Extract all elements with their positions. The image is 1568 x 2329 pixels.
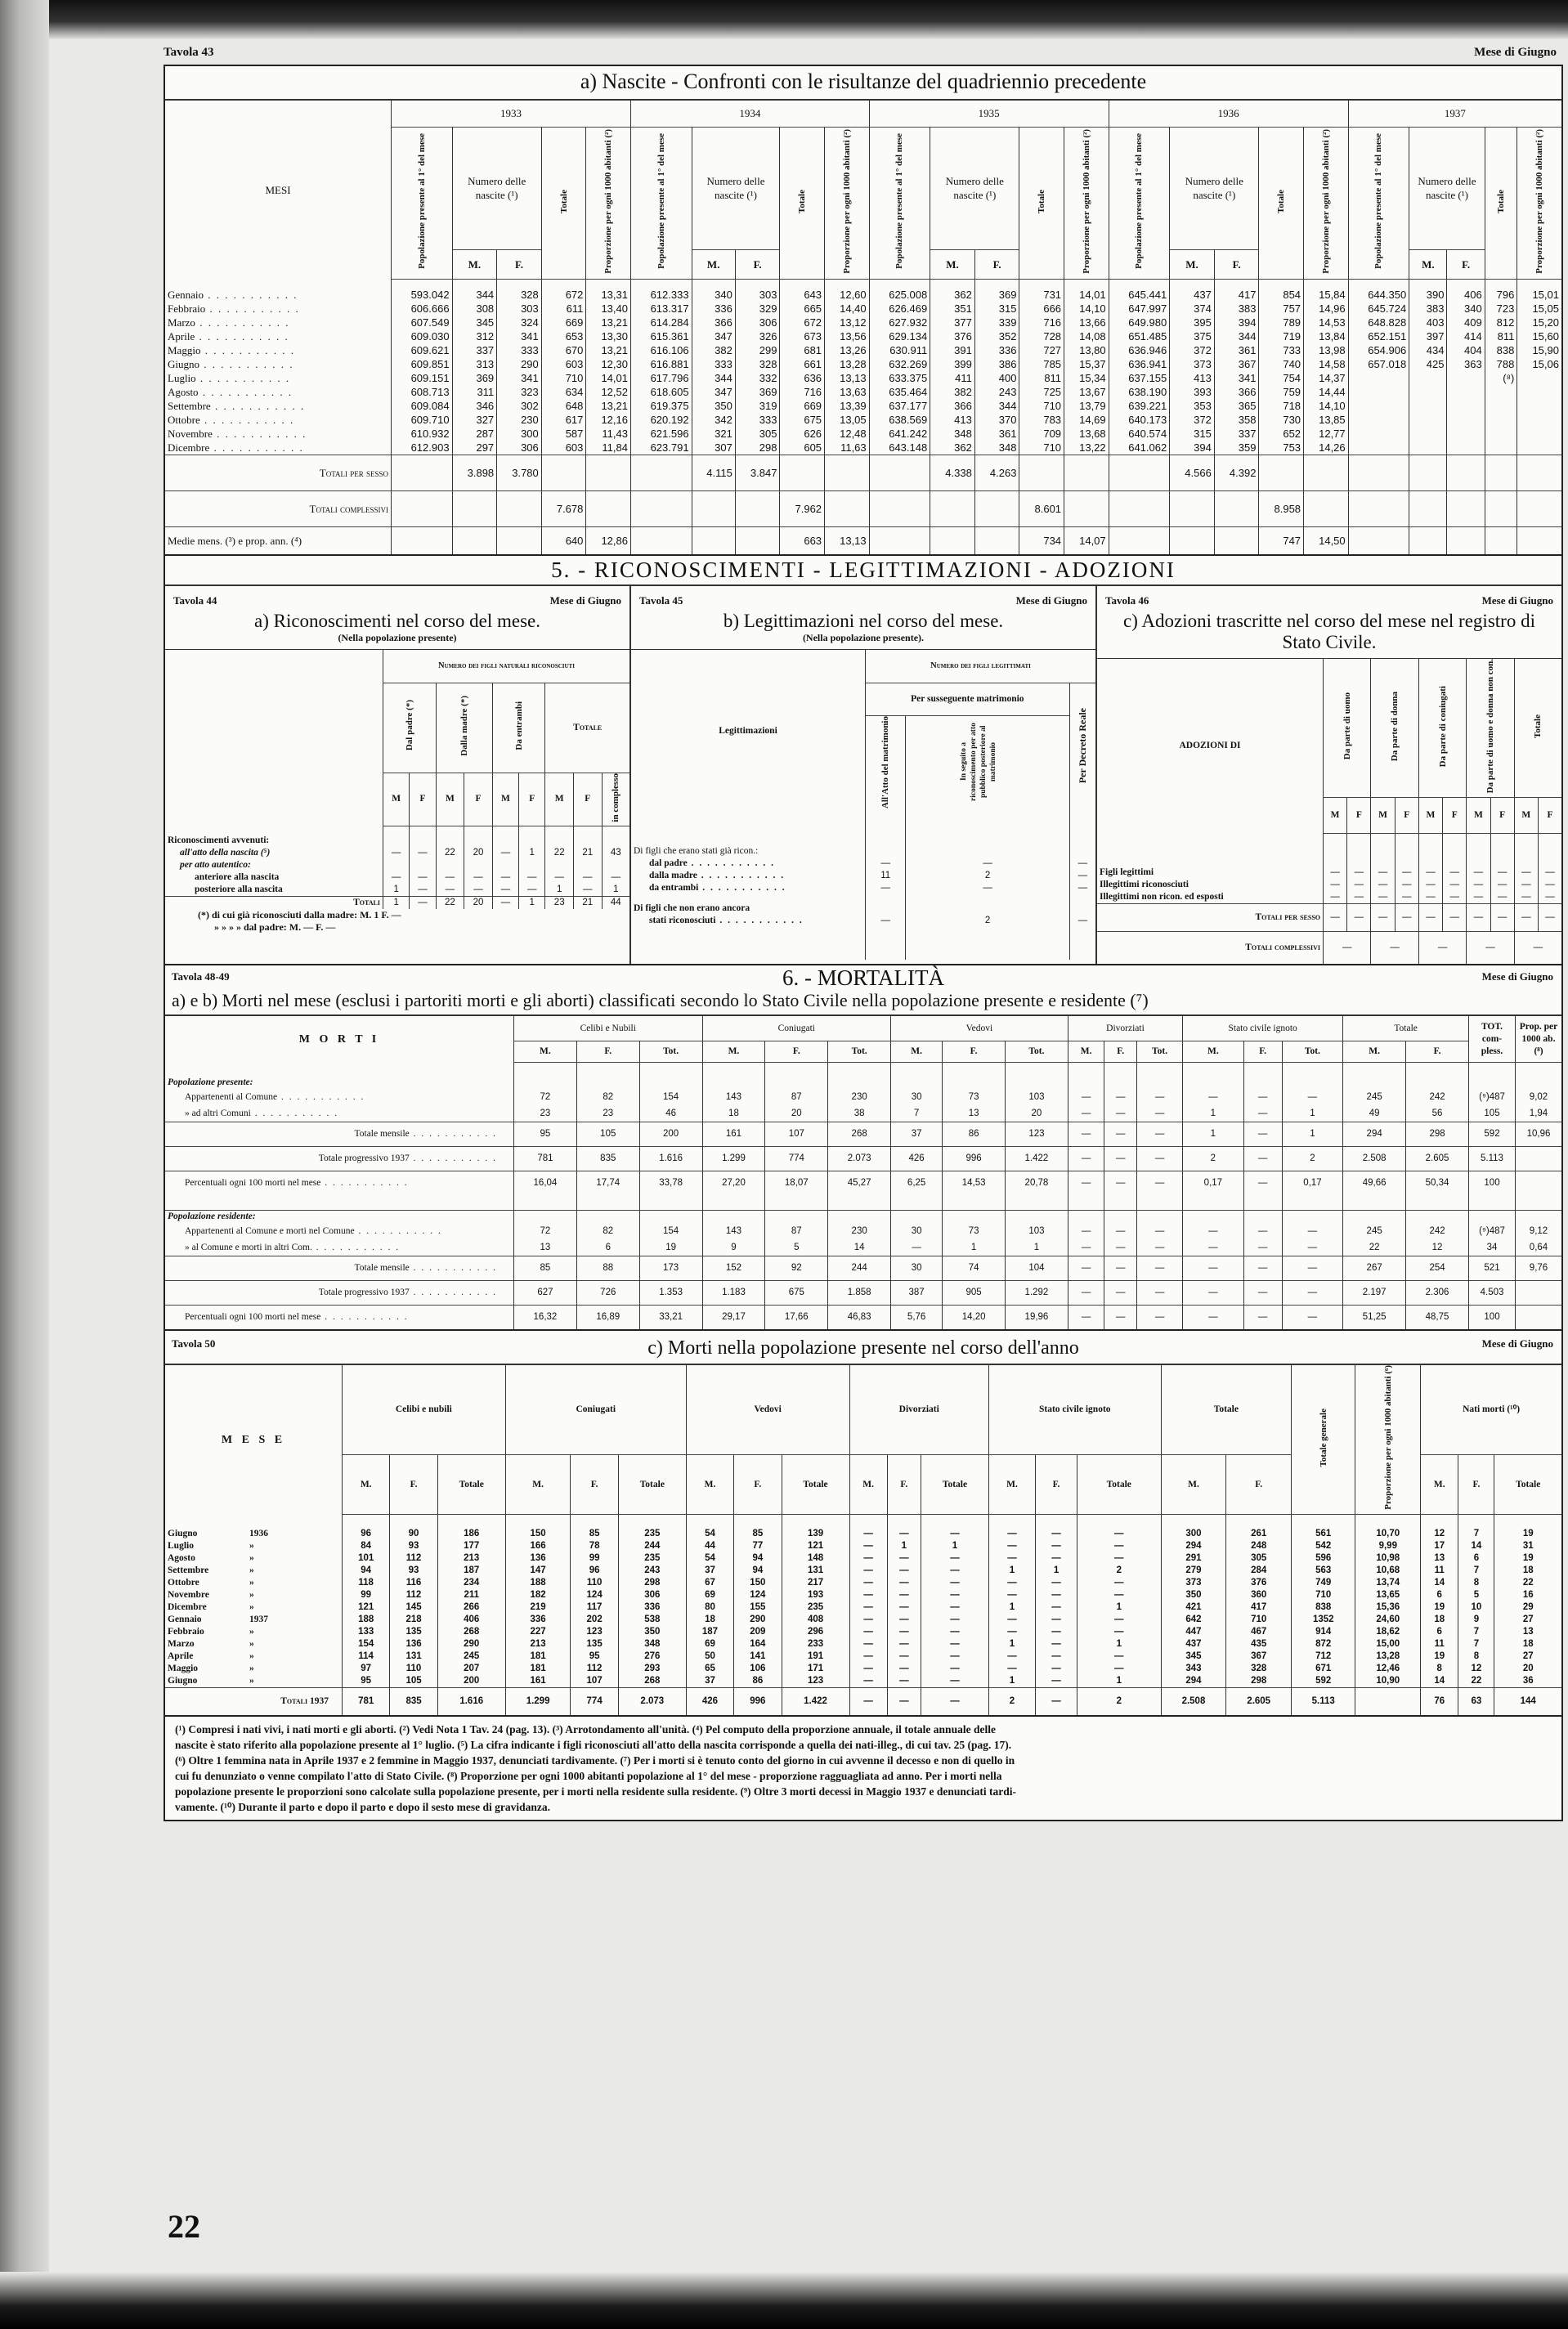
table-cell: 411: [930, 371, 975, 385]
table-cell: 14,53: [943, 1171, 1006, 1195]
col-adozioni-text: Da parte di uomo e donna non con.: [1485, 659, 1495, 793]
table-cell: —: [1077, 1614, 1161, 1626]
table-cell: 13,74: [1355, 1577, 1421, 1589]
table-cell: 1: [1077, 1638, 1161, 1650]
table-cell: 300: [497, 427, 542, 441]
table-cell: —: [988, 1552, 1035, 1565]
col-popolazione: Popolazione presente al 1° del mese: [1109, 127, 1170, 279]
table-cell: 328: [497, 288, 542, 302]
table-cell: 14,96: [1304, 302, 1349, 316]
table-cell: 84: [343, 1540, 390, 1552]
col-sub: F.: [1104, 1041, 1137, 1062]
col-m: M: [1467, 798, 1490, 834]
table-cell: 245: [437, 1650, 505, 1663]
table-cell: 2.306: [1406, 1280, 1469, 1305]
table-cell: 8: [1421, 1663, 1458, 1675]
table-cell: 2: [1077, 1565, 1161, 1577]
table-cell: 230: [497, 413, 542, 427]
col-sub: Totale: [437, 1455, 505, 1515]
table-cell: 13,56: [825, 329, 870, 343]
table-cell: 733: [1259, 343, 1304, 357]
table-cell: 37: [891, 1122, 943, 1146]
table-cell: 54: [686, 1552, 733, 1565]
table-row: Agosto608.71331132363412,52618.605347369…: [165, 385, 1561, 399]
table-cell: 669: [780, 399, 825, 413]
col-adozioni: Da parte di donna: [1371, 659, 1418, 798]
table-cell: [1068, 1077, 1104, 1089]
table-cell: —: [1183, 1305, 1244, 1329]
table-cell: 181: [505, 1663, 571, 1675]
table-cell: 218: [390, 1614, 437, 1626]
table-cell: 350: [1161, 1589, 1226, 1601]
table-cell: 2.508: [1161, 1687, 1226, 1715]
table-cell: 92: [765, 1256, 828, 1280]
col-numero-nascite: Numero delle nascite (¹): [692, 127, 780, 249]
footnotes: (¹) Compresi i nati vivi, i nati morti e…: [164, 1717, 1563, 1821]
table-cell: 30: [891, 1256, 943, 1280]
table-cell: —: [1104, 1105, 1137, 1122]
col-totale-text: Totale: [559, 190, 569, 213]
table-cell: 345: [1161, 1650, 1226, 1663]
table-cell: 905: [943, 1280, 1006, 1305]
table-cell: [1214, 526, 1259, 554]
table-cell: 16,89: [576, 1305, 639, 1329]
table-cell: —: [410, 897, 436, 910]
col-f: F: [1538, 798, 1561, 834]
riconoscimenti-table: Numero dei figli naturali riconosciuti D…: [165, 650, 629, 909]
month-label: Dicembre: [168, 1601, 249, 1614]
table-cell: [1104, 1062, 1137, 1077]
table-cell: 397: [1409, 329, 1447, 343]
table-cell: 340: [692, 288, 735, 302]
table-cell: 4.263: [974, 455, 1019, 490]
table-cell: —: [887, 1577, 921, 1589]
table-cell: 854: [1259, 288, 1304, 302]
table-cell: [1409, 427, 1447, 441]
table-cell: 614.284: [631, 316, 692, 329]
table-cell: —: [921, 1565, 988, 1577]
table-cell: 211: [437, 1589, 505, 1601]
table-cell: 648: [541, 399, 586, 413]
table-cell: 171: [782, 1663, 849, 1675]
table-cell: —: [1183, 1223, 1244, 1239]
footnote-line: (⁶) Oltre 1 femmina nata in Aprile 1937 …: [175, 1753, 1552, 1768]
col-m: M: [1324, 798, 1347, 834]
table-cell: 681: [780, 343, 825, 357]
col-sub: Tot.: [639, 1041, 702, 1062]
table-cell: 340: [1447, 302, 1485, 316]
table-row: Figli legittimi——————————: [1097, 867, 1561, 879]
table-cell: —: [573, 871, 602, 884]
table-cell: 632.269: [869, 357, 930, 371]
table-cell: 18: [1494, 1565, 1561, 1577]
table-cell: 307: [692, 441, 735, 455]
table-cell: 124: [571, 1589, 618, 1601]
table-cell: 1: [1282, 1122, 1343, 1146]
table-cell: 417: [1214, 288, 1259, 302]
table-cell: 85: [571, 1528, 618, 1540]
table-cell: 291: [1161, 1552, 1226, 1565]
table-cell: [497, 279, 542, 288]
table-cell: 730: [1259, 413, 1304, 427]
table-cell: [1183, 1195, 1244, 1211]
table-cell: 627: [514, 1280, 577, 1305]
table-cell: 49: [1343, 1105, 1406, 1122]
table-cell: —: [1490, 903, 1514, 931]
table-cell: 1: [383, 897, 410, 910]
totali-row: Totali1—2220—1232144: [165, 897, 629, 910]
table-cell: 50: [686, 1650, 733, 1663]
scan-binding-edge: [0, 0, 49, 2329]
col-sub: Totale: [782, 1455, 849, 1515]
table-cell: [545, 835, 574, 847]
table-cell: 7: [1458, 1626, 1494, 1638]
table-cell: —: [1104, 1239, 1137, 1256]
table-cell: 34: [1469, 1239, 1516, 1256]
col-totale-text: Totale: [1037, 190, 1046, 213]
table-cell: [576, 1211, 639, 1224]
table-cell: 587: [541, 427, 586, 441]
table-cell: 9: [1458, 1614, 1494, 1626]
table-cell: 313: [452, 357, 497, 371]
table-cell: 774: [765, 1146, 828, 1171]
table-cell: [1485, 399, 1517, 413]
table-cell: 290: [437, 1638, 505, 1650]
table-cell: —: [1418, 867, 1442, 879]
table-cell: —: [1137, 1105, 1183, 1122]
table-cell: 366: [930, 399, 975, 413]
table-cell: [1292, 1515, 1355, 1528]
table-cell: [943, 1062, 1006, 1077]
table-cell: —: [1036, 1577, 1077, 1589]
table-cell: 638.190: [1109, 385, 1170, 399]
table-cell: 657.018: [1348, 357, 1409, 371]
table-cell: 7: [1458, 1565, 1494, 1577]
table-cell: 838: [1292, 1601, 1355, 1614]
table-cell: [410, 826, 436, 835]
table-cell: 54: [686, 1528, 733, 1540]
col-f: F.: [974, 249, 1019, 279]
table-cell: 234: [437, 1577, 505, 1589]
totali-label: Totali 1937: [165, 1687, 343, 1715]
table-cell: [392, 455, 453, 490]
table-row: Novembre610.93228730058711,43621.5963213…: [165, 427, 1561, 441]
table-cell: [514, 1062, 577, 1077]
table-cell: 403: [1409, 316, 1447, 329]
table-cell: 22: [1343, 1239, 1406, 1256]
year-label: »: [249, 1565, 298, 1577]
table-cell: [1304, 490, 1349, 526]
month-label: Giugno: [168, 1675, 249, 1687]
table-cell: 13,80: [1064, 343, 1109, 357]
table-cell: [1006, 1211, 1068, 1224]
col-group-1: Coniugati: [505, 1365, 686, 1454]
table-cell: 44: [686, 1540, 733, 1552]
table-cell: 306: [497, 441, 542, 455]
tavola-44-label: Tavola 44: [173, 594, 217, 607]
table-cell: 6,25: [891, 1171, 943, 1195]
table-cell: 13,84: [1304, 329, 1349, 343]
table-cell: [1517, 526, 1561, 554]
table-cell: 651.485: [1109, 329, 1170, 343]
table-cell: 36: [1494, 1675, 1561, 1688]
table-row: Novembre»9911221118212430669124193——————…: [165, 1589, 1561, 1601]
col-f: F: [1395, 798, 1418, 834]
table-cell: 627.932: [869, 316, 930, 329]
table-cell: 1.299: [505, 1687, 571, 1715]
col-popolazione-text: Popolazione presente al 1° del mese: [417, 133, 427, 269]
year-label: »: [249, 1601, 298, 1614]
table-cell: 14: [1421, 1577, 1458, 1589]
table-cell: [906, 927, 1069, 960]
table-cell: 86: [943, 1122, 1006, 1146]
table-cell: [866, 813, 906, 845]
table-cell: 1.616: [437, 1687, 505, 1715]
table-cell: [1104, 1211, 1137, 1224]
table-cell: —: [887, 1650, 921, 1663]
table-cell: [1348, 526, 1409, 554]
col-in-complesso: in complesso: [602, 773, 629, 826]
table-row: » ad altri Comuni23234618203871320———1—1…: [165, 1105, 1561, 1122]
table-cell: 15,84: [1304, 288, 1349, 302]
table-cell: [1409, 455, 1447, 490]
table-cell: —: [887, 1638, 921, 1650]
table-cell: [869, 455, 930, 490]
col-proporzione-text: Proporzione per ogni 1000 abitanti (⁶): [1383, 1365, 1393, 1510]
table-cell: 376: [1226, 1577, 1292, 1589]
table-cell: [571, 1515, 618, 1528]
col-group-1: Coniugati: [702, 1016, 891, 1041]
table-cell: 14,53: [1304, 316, 1349, 329]
table-cell: [1068, 1195, 1104, 1211]
totali-complessivi-label: Totali complessivi: [1097, 931, 1324, 964]
table-cell: 15,01: [1517, 288, 1561, 302]
table-cell: 27,20: [702, 1171, 765, 1195]
table-cell: 276: [618, 1650, 686, 1663]
table-cell: [1467, 834, 1490, 867]
table-cell: [1348, 455, 1409, 490]
table-cell: 94: [343, 1565, 390, 1577]
col-numero-nascite: Numero delle nascite (¹): [930, 127, 1019, 249]
table-cell: 37: [686, 1675, 733, 1688]
month-label: Maggio: [168, 1663, 249, 1675]
table-cell: [1109, 490, 1170, 526]
table-cell: [702, 1077, 765, 1089]
table-cell: [1282, 1195, 1343, 1211]
table-cell: —: [1467, 931, 1514, 964]
group-heading: Popolazione presente:: [165, 1077, 514, 1089]
table-cell: 643.148: [869, 441, 930, 455]
table-cell: 12,48: [825, 427, 870, 441]
table-cell: 319: [735, 399, 780, 413]
table-cell: 333: [497, 343, 542, 357]
table-cell: [735, 279, 780, 288]
footnote-line: nascite è stato riferito alla popolazion…: [175, 1737, 1552, 1753]
table-cell: [735, 490, 780, 526]
col-sub: F.: [576, 1041, 639, 1062]
table-cell: —: [1282, 1305, 1343, 1329]
table-row: Dicembre612.90329730660311,84623.7913072…: [165, 441, 1561, 455]
table-cell: —: [1371, 891, 1395, 904]
col-m: M.: [692, 249, 735, 279]
col-popolazione-text: Popolazione presente al 1° del mese: [1134, 133, 1144, 269]
table-cell: —: [1371, 867, 1395, 879]
table-cell: [1282, 1077, 1343, 1089]
table-cell: —: [891, 1239, 943, 1256]
row-label: Percentuali ogni 100 morti nel mese: [165, 1171, 514, 1195]
year-header: 1934: [631, 101, 870, 127]
col-m: M: [492, 773, 518, 826]
table-cell: 11: [866, 870, 906, 882]
table-cell: 4.115: [692, 455, 735, 490]
table-cell: 351: [930, 302, 975, 316]
table-cell: 2: [906, 915, 1069, 927]
table-cell: —: [988, 1614, 1035, 1626]
col-sub: Totale: [618, 1455, 686, 1515]
table-cell: [825, 490, 870, 526]
table-cell: 13: [1421, 1552, 1458, 1565]
table-cell: —: [1243, 1122, 1282, 1146]
table-cell: 399: [930, 357, 975, 371]
table-cell: 367: [1214, 357, 1259, 371]
tavola-48-title: a) e b) Morti nel mese (esclusi i partor…: [165, 990, 1561, 1016]
table-cell: 306: [735, 316, 780, 329]
tavola-46-adozioni: Tavola 46Mese di Giugno c) Adozioni tras…: [1095, 586, 1561, 964]
table-cell: 0,17: [1183, 1171, 1244, 1195]
table-cell: —: [1077, 1552, 1161, 1565]
table-cell: 9,12: [1516, 1223, 1562, 1239]
table-cell: [1243, 1062, 1282, 1077]
table-cell: 1.299: [702, 1146, 765, 1171]
table-cell: 671: [1292, 1663, 1355, 1675]
table-cell: 13,28: [1355, 1650, 1421, 1663]
table-cell: [505, 1515, 571, 1528]
table-cell: —: [1490, 879, 1514, 891]
table-cell: 14,01: [1064, 288, 1109, 302]
table-cell: 1: [383, 884, 410, 897]
table-cell: 46: [639, 1105, 702, 1122]
table-cell: 606.666: [392, 302, 453, 316]
table-cell: 18: [1494, 1638, 1561, 1650]
table-cell: 643: [780, 288, 825, 302]
table-row: Febbraio606.66630830361113,40613.3173363…: [165, 302, 1561, 316]
table-cell: —: [573, 884, 602, 897]
table-cell: 10,70: [1355, 1528, 1421, 1540]
table-cell: 404: [1447, 343, 1485, 357]
table-cell: 621.596: [631, 427, 692, 441]
table-cell: 626: [780, 427, 825, 441]
col-sub: Totale: [1077, 1455, 1161, 1515]
table-cell: [1447, 371, 1485, 385]
morti-anno-table: M E S ECelibi e nubiliConiugatiVedoviDiv…: [165, 1365, 1561, 1715]
table-cell: 293: [618, 1663, 686, 1675]
table-cell: [514, 1211, 577, 1224]
table-cell: 350: [618, 1626, 686, 1638]
table-cell: 1: [921, 1540, 988, 1552]
col-sub: M.: [343, 1455, 390, 1515]
table-cell: —: [988, 1626, 1035, 1638]
table-cell: —: [849, 1577, 887, 1589]
table-cell: [1068, 1062, 1104, 1077]
table-cell: [1348, 413, 1409, 427]
table-cell: 48,75: [1406, 1305, 1469, 1329]
table-row: Totale progressivo 19377818351.6161.2997…: [165, 1146, 1561, 1171]
table-cell: 106: [734, 1663, 782, 1675]
table-row: posteriore alla nascita1—————1—1: [165, 884, 629, 897]
table-cell: [586, 455, 631, 490]
table-cell: 29: [1494, 1601, 1561, 1614]
table-cell: 361: [1214, 343, 1259, 357]
table-cell: 613.317: [631, 302, 692, 316]
table-cell: 719: [1259, 329, 1304, 343]
table-cell: —: [1443, 891, 1467, 904]
table-cell: 1: [1282, 1105, 1343, 1122]
tavola-48-month: Mese di Giugno: [1482, 970, 1553, 983]
table-cell: —: [1068, 1280, 1104, 1305]
table-cell: 592: [1469, 1122, 1516, 1146]
table-cell: [1516, 1062, 1562, 1077]
table-row: Dicembre»12114526621911733680155235———1—…: [165, 1601, 1561, 1614]
col-proporzione-text: Proporzione per ogni 1000 abitanti (²): [1534, 129, 1544, 274]
table-cell: 296: [782, 1626, 849, 1638]
table-cell: [492, 826, 518, 835]
table-cell: 447: [1161, 1626, 1226, 1638]
table-cell: —: [1068, 1223, 1104, 1239]
tavola-45-title: b) Legittimazioni nel corso del mese.: [631, 611, 1095, 632]
table-cell: [1517, 279, 1561, 288]
table-cell: 13,79: [1064, 399, 1109, 413]
table-cell: [869, 526, 930, 554]
table-cell: 67: [686, 1577, 733, 1589]
table-cell: 783: [1019, 413, 1064, 427]
table-cell: —: [1243, 1239, 1282, 1256]
table-cell: 14,01: [586, 371, 631, 385]
col-f: F: [1347, 798, 1371, 834]
table-cell: —: [1324, 879, 1347, 891]
table-cell: 673: [780, 329, 825, 343]
table-cell: [1447, 399, 1485, 413]
year-label: 1936: [249, 1528, 298, 1540]
col-sub: M.: [1183, 1041, 1244, 1062]
table-cell: 13,98: [1304, 343, 1349, 357]
table-cell: 13,63: [825, 385, 870, 399]
table-cell: —: [1243, 1256, 1282, 1280]
table-cell: —: [887, 1601, 921, 1614]
table-cell: 363: [1447, 357, 1485, 371]
table-cell: 710: [1292, 1589, 1355, 1601]
year-label: »: [249, 1675, 298, 1687]
table-cell: 561: [1292, 1528, 1355, 1540]
table-cell: 37: [686, 1565, 733, 1577]
table-cell: —: [464, 884, 493, 897]
table-cell: 653: [541, 329, 586, 343]
table-row: Giugno19369690186150852355485139——————30…: [165, 1528, 1561, 1540]
table-cell: 72: [514, 1223, 577, 1239]
table-cell: 63: [1458, 1687, 1494, 1715]
table-cell: 712: [1292, 1650, 1355, 1663]
year-header: 1933: [392, 101, 631, 127]
table-row: Percentuali ogni 100 morti nel mese16,32…: [165, 1305, 1561, 1329]
table-cell: 14,26: [1304, 441, 1349, 455]
table-cell: [410, 835, 436, 847]
totali-complessivi-row: Totali complessivi—————: [1097, 931, 1561, 964]
table-cell: 20: [1494, 1663, 1561, 1675]
table-cell: 2: [906, 870, 1069, 882]
table-cell: —: [1418, 931, 1466, 964]
table-cell: 370: [974, 413, 1019, 427]
row-label: Dicembre»: [165, 1601, 343, 1614]
table-cell: 200: [437, 1675, 505, 1688]
